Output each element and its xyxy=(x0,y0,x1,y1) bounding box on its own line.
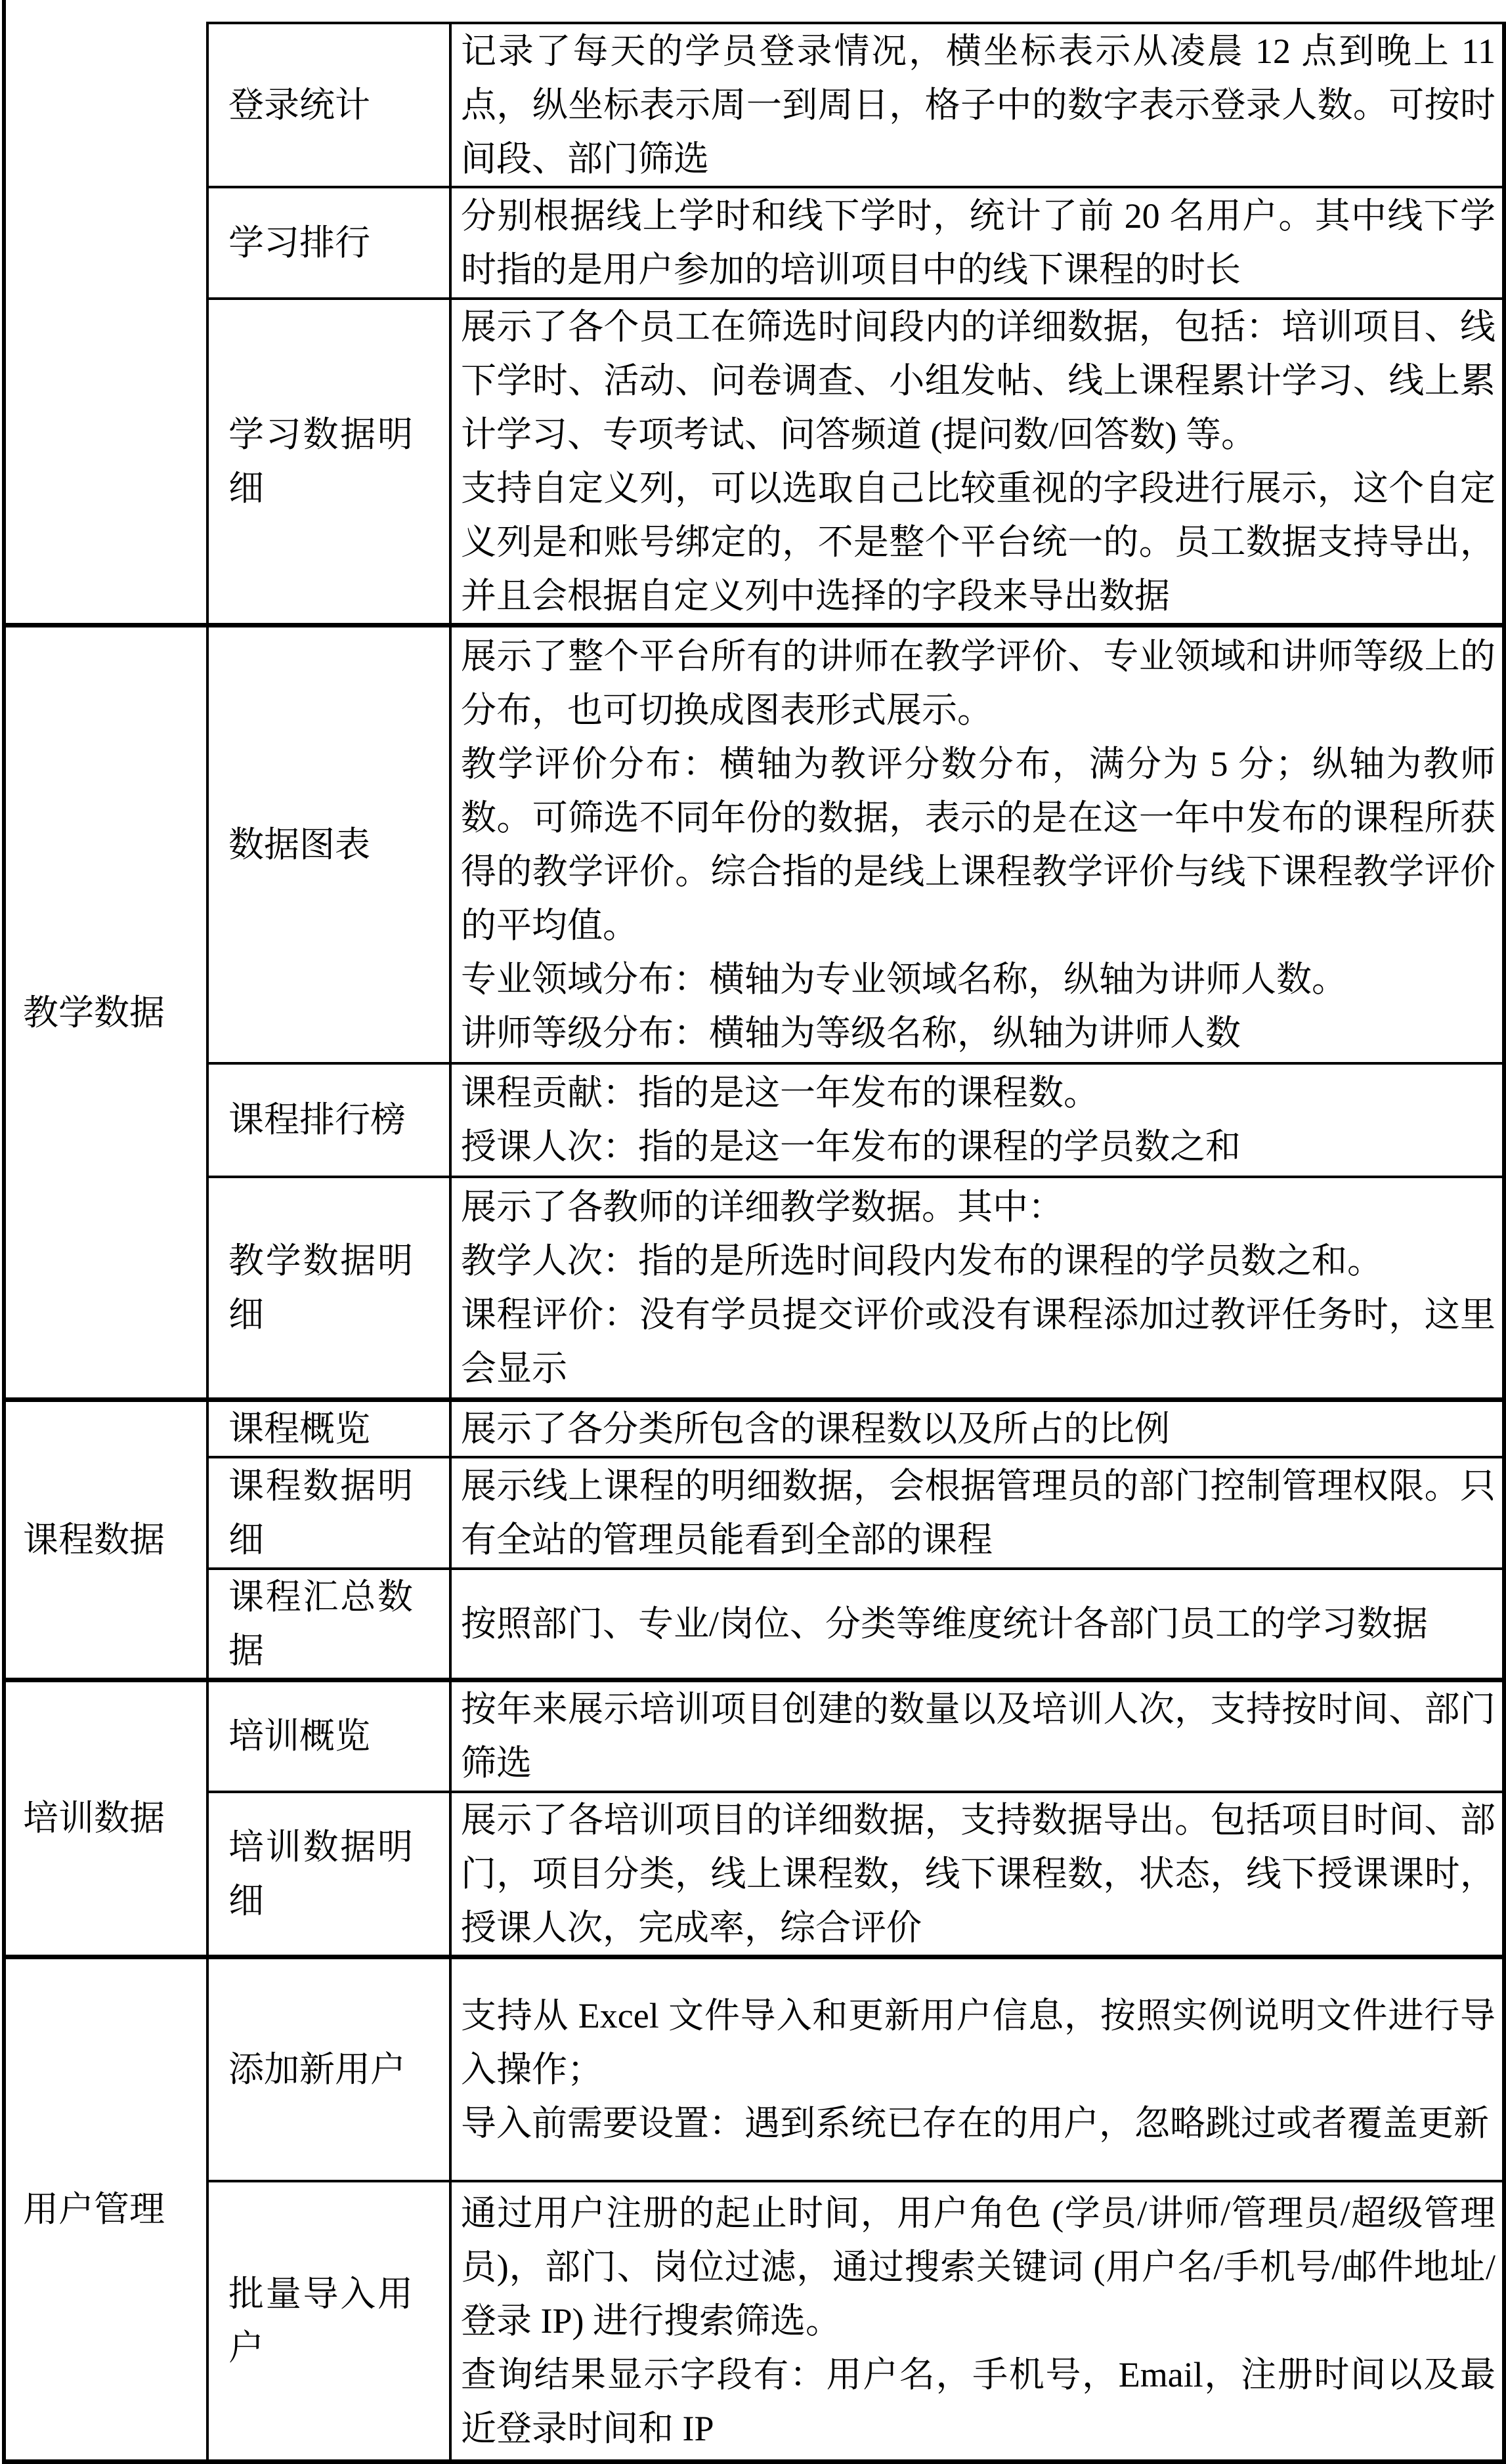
description-paragraph: 课程评价：没有学员提交评价或没有课程添加过教评任务时，这里会显示 xyxy=(461,1288,1495,1395)
description-paragraph: 分别根据线上学时和线下学时，统计了前 20 名用户。其中线下学时指的是用户参加的… xyxy=(461,189,1495,297)
feature-cell: 批量导入用户 xyxy=(207,2181,450,2461)
document-page: 登录统计 记录了每天的学员登录情况，横坐标表示从凌晨 12 点到晚上 11 点，… xyxy=(0,0,1506,2448)
description-paragraph: 导入前需要设置：遇到系统已存在的用户，忽略跳过或者覆盖更新 xyxy=(461,2096,1495,2150)
feature-cell: 课程汇总数据 xyxy=(207,1569,450,1680)
category-cell: 用户管理 xyxy=(4,1957,207,2461)
feature-cell: 学习排行 xyxy=(207,187,450,299)
description-paragraph: 教学人次：指的是所选时间段内发布的课程的学员数之和。 xyxy=(461,1234,1495,1288)
description-cell: 支持从 Excel 文件导入和更新用户信息，按照实例说明文件进行导入操作； 导入… xyxy=(450,1957,1504,2181)
table-row: 培训数据明细 展示了各培训项目的详细数据，支持数据导出。包括项目时间、部门，项目… xyxy=(4,1792,1504,1957)
description-paragraph: 展示线上课程的明细数据，会根据管理员的部门控制管理权限。只有全站的管理员能看到全… xyxy=(461,1459,1495,1567)
features-table: 登录统计 记录了每天的学员登录情况，横坐标表示从凌晨 12 点到晚上 11 点，… xyxy=(2,22,1506,2464)
description-paragraph: 通过用户注册的起止时间，用户角色 (学员/讲师/管理员/超级管理员)，部门、岗位… xyxy=(461,2186,1495,2348)
table-row: 课程排行榜 课程贡献：指的是这一年发布的课程数。 授课人次：指的是这一年发布的课… xyxy=(4,1063,1504,1177)
description-paragraph: 展示了各教师的详细教学数据。其中： xyxy=(461,1180,1495,1234)
description-paragraph: 支持自定义列，可以选取自己比较重视的字段进行展示，这个自定义列是和账号绑定的，不… xyxy=(461,461,1495,623)
category-cell: 培训数据 xyxy=(4,1680,207,1957)
feature-cell: 登录统计 xyxy=(207,23,450,187)
description-paragraph: 展示了各培训项目的详细数据，支持数据导出。包括项目时间、部门，项目分类，线上课程… xyxy=(461,1793,1495,1955)
description-paragraph: 展示了各分类所包含的课程数以及所占的比例 xyxy=(461,1402,1495,1456)
feature-cell: 课程排行榜 xyxy=(207,1063,450,1177)
description-paragraph: 专业领域分布：横轴为专业领域名称，纵轴为讲师人数。 xyxy=(461,952,1495,1006)
description-paragraph: 查询结果显示字段有：用户名，手机号，Email，注册时间以及最近登录时间和 IP xyxy=(461,2348,1495,2455)
table-row: 学习排行 分别根据线上学时和线下学时，统计了前 20 名用户。其中线下学时指的是… xyxy=(4,187,1504,299)
description-cell: 课程贡献：指的是这一年发布的课程数。 授课人次：指的是这一年发布的课程的学员数之… xyxy=(450,1063,1504,1177)
table-row: 教学数据明细 展示了各教师的详细教学数据。其中： 教学人次：指的是所选时间段内发… xyxy=(4,1177,1504,1400)
description-cell: 展示了各培训项目的详细数据，支持数据导出。包括项目时间、部门，项目分类，线上课程… xyxy=(450,1792,1504,1957)
feature-cell: 添加新用户 xyxy=(207,1957,450,2181)
description-paragraph: 记录了每天的学员登录情况，横坐标表示从凌晨 12 点到晚上 11 点，纵坐标表示… xyxy=(461,24,1495,186)
description-cell: 展示了各个员工在筛选时间段内的详细数据，包括：培训项目、线下学时、活动、问卷调查… xyxy=(450,299,1504,626)
description-paragraph: 讲师等级分布：横轴为等级名称，纵轴为讲师人数 xyxy=(461,1006,1495,1060)
table-row: 登录统计 记录了每天的学员登录情况，横坐标表示从凌晨 12 点到晚上 11 点，… xyxy=(4,23,1504,187)
table-row: 课程汇总数据 按照部门、专业/岗位、分类等维度统计各部门员工的学习数据 xyxy=(4,1569,1504,1680)
description-paragraph: 展示了各个员工在筛选时间段内的详细数据，包括：培训项目、线下学时、活动、问卷调查… xyxy=(461,300,1495,461)
category-cell xyxy=(4,23,207,626)
description-cell: 分别根据线上学时和线下学时，统计了前 20 名用户。其中线下学时指的是用户参加的… xyxy=(450,187,1504,299)
description-paragraph: 课程贡献：指的是这一年发布的课程数。 xyxy=(461,1066,1495,1120)
category-cell: 教学数据 xyxy=(4,626,207,1400)
feature-cell: 学习数据明细 xyxy=(207,299,450,626)
table-row: 课程数据 课程概览 展示了各分类所包含的课程数以及所占的比例 xyxy=(4,1400,1504,1458)
description-cell: 按照部门、专业/岗位、分类等维度统计各部门员工的学习数据 xyxy=(450,1569,1504,1680)
feature-cell: 培训概览 xyxy=(207,1680,450,1792)
table-row: 培训数据 培训概览 按年来展示培训项目创建的数量以及培训人次，支持按时间、部门筛… xyxy=(4,1680,1504,1792)
feature-cell: 数据图表 xyxy=(207,626,450,1063)
table-row: 批量导入用户 通过用户注册的起止时间，用户角色 (学员/讲师/管理员/超级管理员… xyxy=(4,2181,1504,2461)
description-cell: 展示了各分类所包含的课程数以及所占的比例 xyxy=(450,1400,1504,1458)
description-paragraph: 教学评价分布：横轴为教评分数分布，满分为 5 分；纵轴为教师数。可筛选不同年份的… xyxy=(461,737,1495,952)
description-cell: 展示了整个平台所有的讲师在教学评价、专业领域和讲师等级上的分布，也可切换成图表形… xyxy=(450,626,1504,1063)
feature-cell: 课程概览 xyxy=(207,1400,450,1458)
description-cell: 按年来展示培训项目创建的数量以及培训人次，支持按时间、部门筛选 xyxy=(450,1680,1504,1792)
description-paragraph: 展示了整个平台所有的讲师在教学评价、专业领域和讲师等级上的分布，也可切换成图表形… xyxy=(461,629,1495,737)
table-row: 用户管理 添加新用户 支持从 Excel 文件导入和更新用户信息，按照实例说明文… xyxy=(4,1957,1504,2181)
description-paragraph: 授课人次：指的是这一年发布的课程的学员数之和 xyxy=(461,1120,1495,1174)
description-cell: 通过用户注册的起止时间，用户角色 (学员/讲师/管理员/超级管理员)，部门、岗位… xyxy=(450,2181,1504,2461)
table-row: 教学数据 数据图表 展示了整个平台所有的讲师在教学评价、专业领域和讲师等级上的分… xyxy=(4,626,1504,1063)
description-paragraph: 按年来展示培训项目创建的数量以及培训人次，支持按时间、部门筛选 xyxy=(461,1682,1495,1790)
description-paragraph: 按照部门、专业/岗位、分类等维度统计各部门员工的学习数据 xyxy=(461,1597,1495,1651)
description-paragraph: 支持从 Excel 文件导入和更新用户信息，按照实例说明文件进行导入操作； xyxy=(461,1989,1495,2096)
feature-cell: 教学数据明细 xyxy=(207,1177,450,1400)
description-cell: 展示线上课程的明细数据，会根据管理员的部门控制管理权限。只有全站的管理员能看到全… xyxy=(450,1457,1504,1569)
description-cell: 记录了每天的学员登录情况，横坐标表示从凌晨 12 点到晚上 11 点，纵坐标表示… xyxy=(450,23,1504,187)
feature-cell: 培训数据明细 xyxy=(207,1792,450,1957)
table-row: 学习数据明细 展示了各个员工在筛选时间段内的详细数据，包括：培训项目、线下学时、… xyxy=(4,299,1504,626)
description-cell: 展示了各教师的详细教学数据。其中： 教学人次：指的是所选时间段内发布的课程的学员… xyxy=(450,1177,1504,1400)
table-row: 课程数据明细 展示线上课程的明细数据，会根据管理员的部门控制管理权限。只有全站的… xyxy=(4,1457,1504,1569)
table-left-border-sliver xyxy=(2,0,6,24)
feature-cell: 课程数据明细 xyxy=(207,1457,450,1569)
category-cell: 课程数据 xyxy=(4,1400,207,1680)
